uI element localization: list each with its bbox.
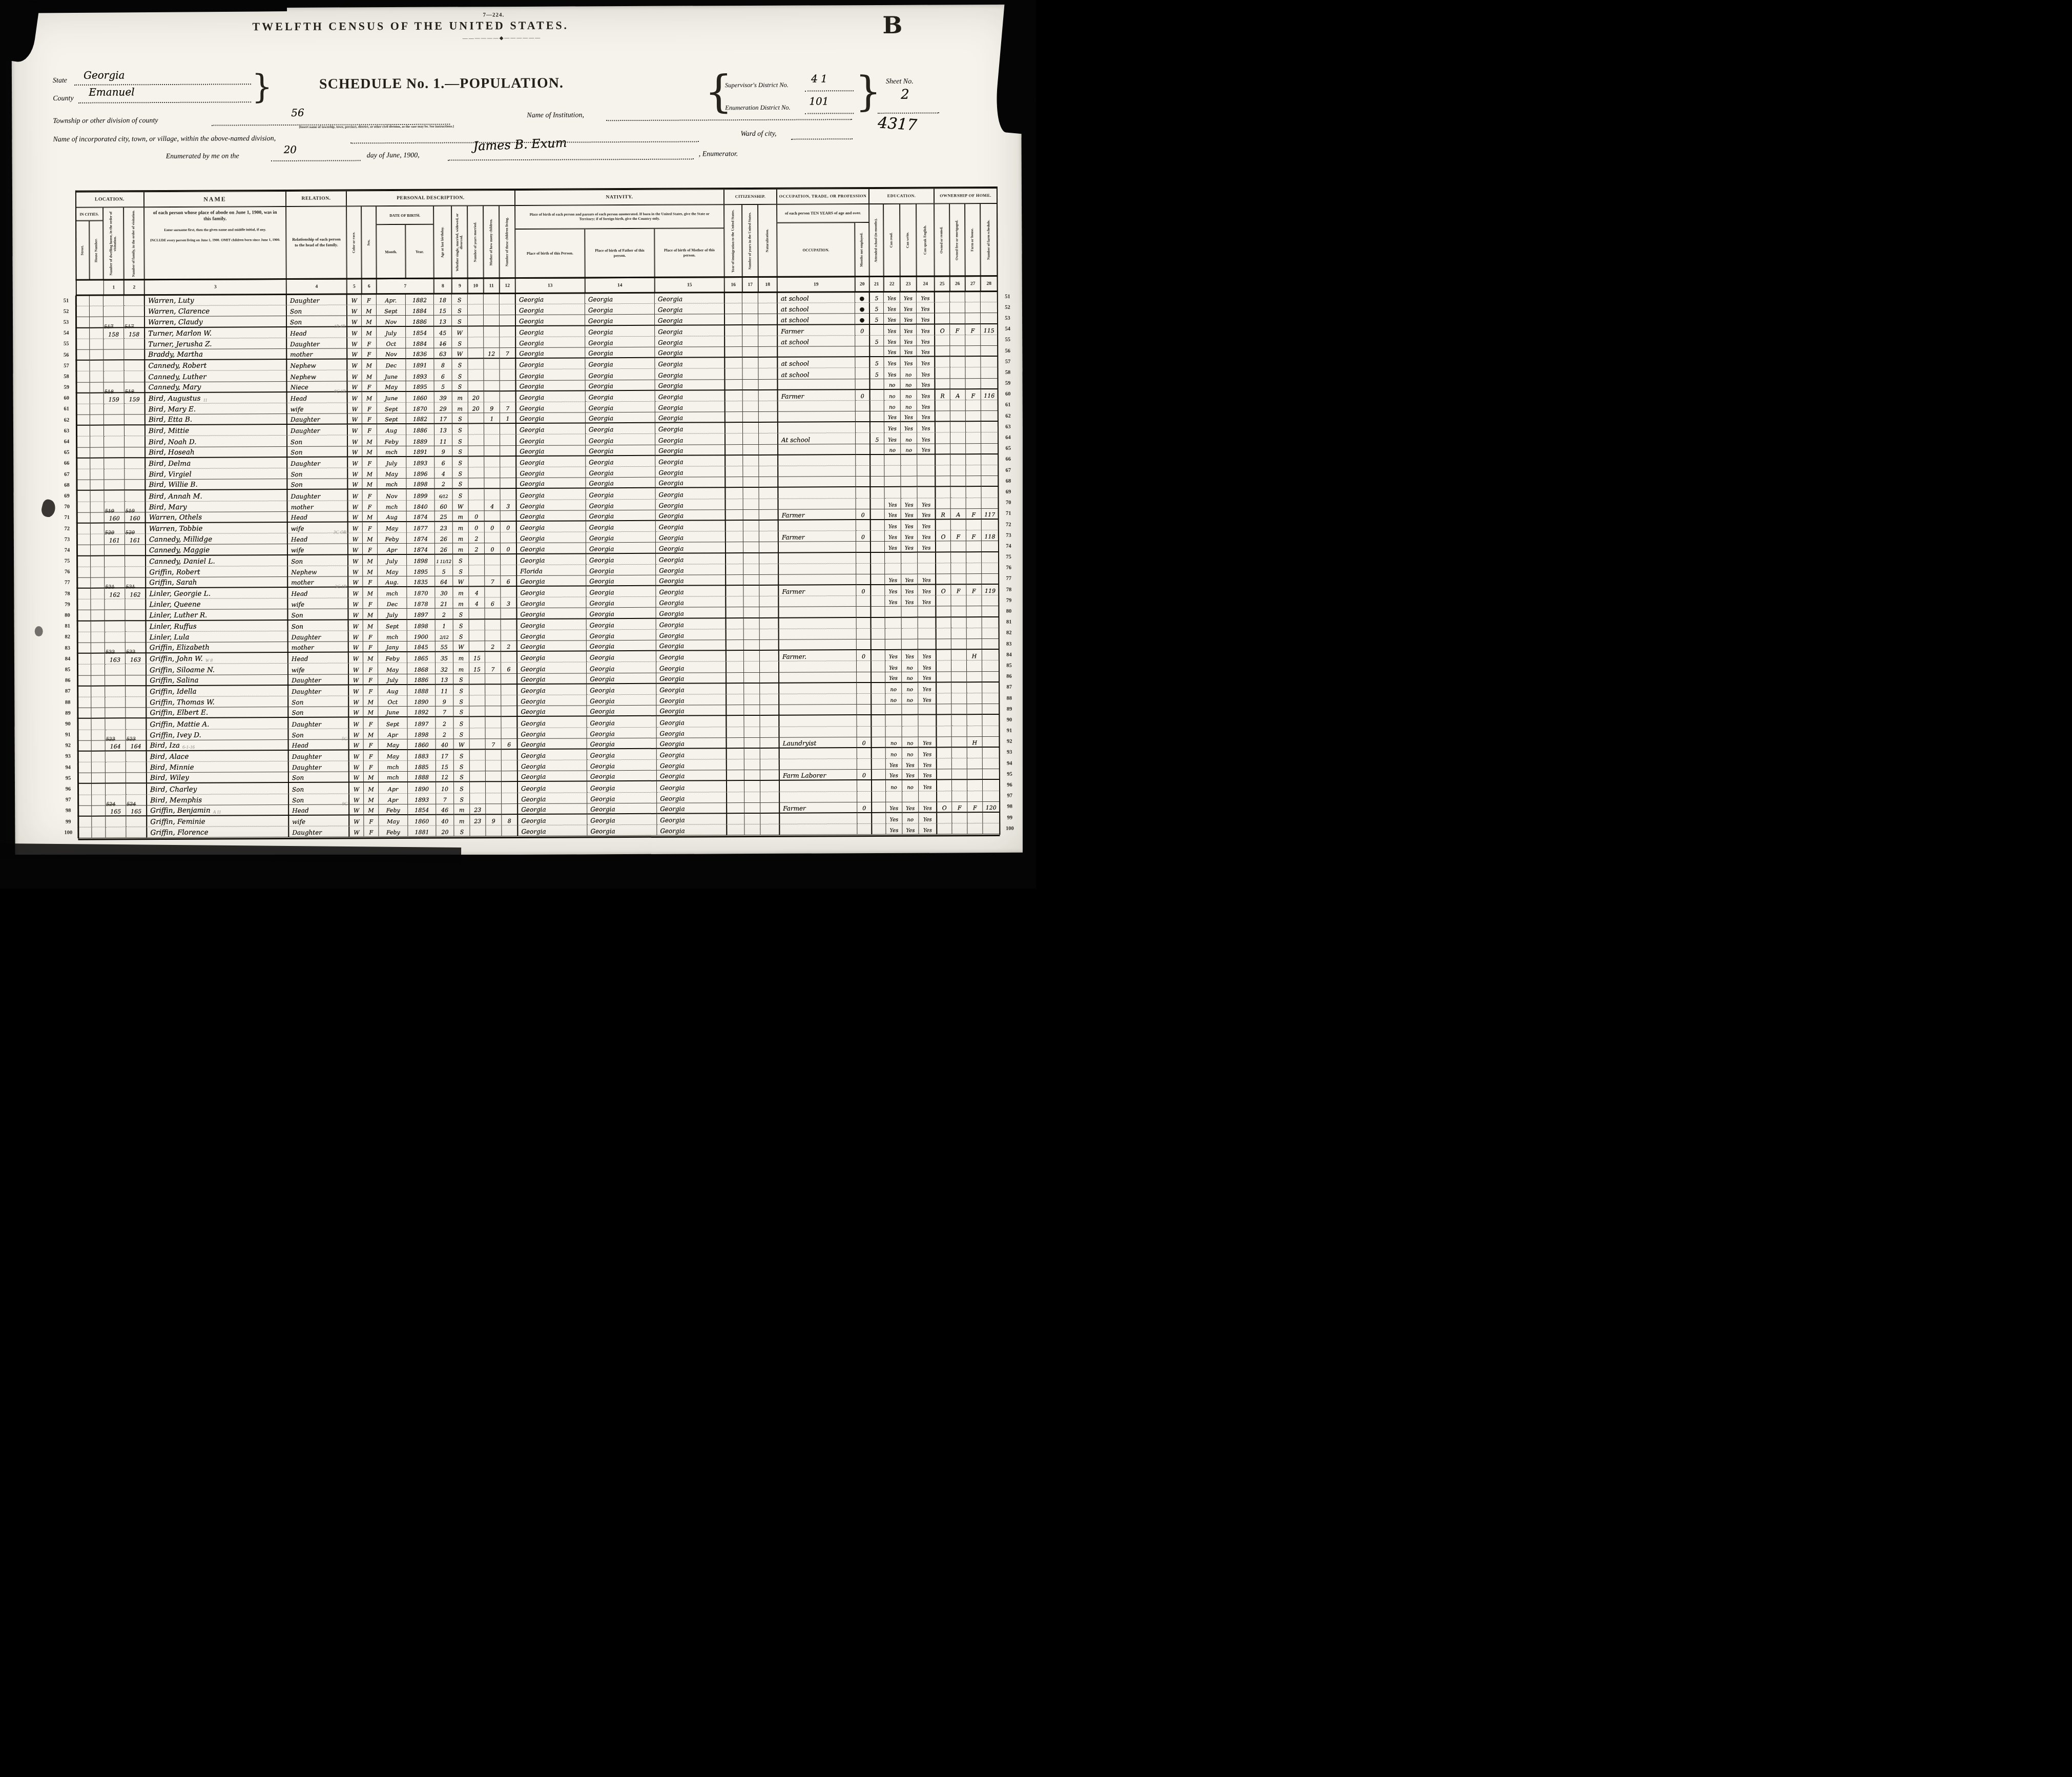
r73-living bbox=[501, 532, 516, 543]
r74-yrs_m: 2 bbox=[469, 544, 485, 554]
r99-write: no bbox=[902, 813, 919, 824]
r76-yrs_m bbox=[469, 565, 485, 576]
r94-pob_m-value: Georgia bbox=[660, 762, 685, 770]
r79-relation-value: wife bbox=[291, 601, 304, 608]
r51-english: Yes bbox=[917, 292, 935, 302]
r55-n-value: 55 bbox=[1005, 337, 1010, 343]
r63-n-value: 63 bbox=[64, 428, 70, 434]
r94-sex: F bbox=[364, 761, 379, 772]
r73-dw_old: 520 bbox=[105, 530, 114, 536]
r80-english bbox=[918, 607, 936, 617]
r73-relation: Head3C OR bbox=[287, 533, 348, 545]
r98-farm-value: F bbox=[973, 804, 977, 811]
r59-pob-value: Georgia bbox=[520, 382, 544, 389]
r63-read: Yes bbox=[884, 422, 901, 433]
r61-line-number-right: 61 bbox=[998, 400, 1018, 411]
r82-imm_years bbox=[744, 629, 760, 640]
r66-nat bbox=[759, 456, 778, 466]
header-colnum-14: 14 bbox=[585, 278, 655, 294]
r92-yrs_m bbox=[470, 739, 486, 750]
r72-b_month-value: May bbox=[386, 525, 398, 532]
r54-sex-value: M bbox=[366, 330, 371, 337]
r94-months_ne bbox=[857, 759, 872, 770]
r74-imm_year bbox=[725, 542, 743, 553]
r72-pob_f: Georgia bbox=[586, 521, 656, 532]
r79-imm_years bbox=[743, 596, 759, 607]
r100-age-value: 20 bbox=[441, 829, 448, 836]
r78-english-value: Yes bbox=[922, 589, 931, 595]
header-colnum-26: 26 bbox=[950, 276, 965, 292]
r55-occ: at school bbox=[777, 336, 855, 347]
r81-house bbox=[91, 621, 105, 632]
r63-imm_year bbox=[724, 423, 743, 433]
r62-house bbox=[90, 415, 104, 426]
r54-write-value: Yes bbox=[904, 328, 913, 334]
r90-color: W bbox=[348, 718, 363, 729]
r54-months_ne: 0 bbox=[855, 325, 869, 336]
r97-sex: M bbox=[364, 794, 379, 804]
r83-sched bbox=[982, 639, 999, 650]
r61-street bbox=[76, 404, 90, 415]
r54-yrs_m bbox=[468, 326, 484, 337]
r100-pob_f: Georgia bbox=[587, 825, 657, 836]
r93-dw bbox=[106, 751, 126, 762]
r98-read: Yes bbox=[886, 802, 902, 813]
r67-marital-value: S bbox=[459, 471, 463, 478]
r74-age-value: 26 bbox=[440, 546, 447, 553]
r72-relation-value: wife bbox=[291, 525, 304, 532]
r59-imm_years bbox=[743, 379, 759, 390]
r53-mother bbox=[484, 316, 500, 326]
r71-pob_f-value: Georgia bbox=[589, 512, 614, 520]
r73-pob_m: Georgia bbox=[656, 531, 726, 543]
r92-n-value: 92 bbox=[1007, 739, 1012, 745]
r64-n-value: 64 bbox=[64, 439, 70, 445]
r92-street bbox=[77, 740, 92, 751]
r79-occ bbox=[778, 596, 856, 607]
r71-read: Yes bbox=[885, 509, 901, 520]
r54-b_year-value: 1854 bbox=[412, 330, 427, 337]
r66-living bbox=[500, 457, 516, 467]
r53-read-value: Yes bbox=[887, 317, 896, 323]
r93-b_year-value: 1883 bbox=[415, 753, 429, 760]
r95-read-value: Yes bbox=[889, 773, 898, 779]
r70-pob_f-value: Georgia bbox=[589, 502, 614, 509]
r82-b_month: mch bbox=[378, 631, 407, 642]
r92-pob_f: Georgia bbox=[587, 738, 657, 750]
r98-name_annot: A 11 bbox=[213, 810, 221, 815]
r62-pob_f-value: Georgia bbox=[589, 415, 613, 422]
r59-b_month-value: May bbox=[385, 384, 398, 390]
r72-age-value: 23 bbox=[440, 525, 447, 532]
r80-marital: S bbox=[453, 609, 469, 619]
header-col-can-read-label: Can read. bbox=[889, 233, 894, 247]
r88-write: no bbox=[902, 694, 918, 705]
r63-marital: S bbox=[452, 424, 468, 435]
r52-pob: Georgia bbox=[515, 304, 585, 316]
r83-age: 55 bbox=[436, 642, 453, 652]
r80-pob_f-value: Georgia bbox=[590, 610, 614, 617]
r65-age-value: 9 bbox=[442, 448, 445, 455]
r93-school bbox=[871, 748, 886, 759]
r61-nat bbox=[759, 401, 778, 412]
r87-marital: S bbox=[453, 685, 469, 695]
r87-marital-value: S bbox=[459, 688, 463, 694]
r93-name: Bird, Alace bbox=[146, 751, 288, 762]
r93-name-value: Bird, Alace bbox=[150, 753, 189, 761]
r52-farm bbox=[965, 302, 981, 313]
r98-pob_f: Georgia bbox=[587, 803, 657, 815]
r60-street bbox=[76, 393, 90, 404]
r53-name-value: Warren, Claudy bbox=[148, 318, 203, 326]
r90-occ bbox=[778, 715, 857, 727]
r77-read: Yes bbox=[885, 574, 901, 585]
r52-imm_year bbox=[724, 303, 742, 314]
r51-pob_f-value: Georgia bbox=[588, 296, 613, 303]
header-colnum-11: 11 bbox=[484, 278, 500, 294]
r76-fam bbox=[125, 567, 146, 577]
r54-street bbox=[75, 328, 90, 339]
r63-owned bbox=[935, 422, 950, 433]
r82-fam bbox=[126, 632, 146, 643]
r63-sched bbox=[981, 422, 998, 432]
r95-pob_f-value: Georgia bbox=[590, 773, 615, 780]
r54-marital: W bbox=[452, 326, 468, 337]
r81-sex-value: M bbox=[367, 623, 373, 630]
r85-owned bbox=[936, 661, 951, 672]
r88-pob_f-value: Georgia bbox=[590, 697, 614, 705]
r75-pob_f: Georgia bbox=[586, 553, 656, 565]
r60-name_annot: 11 bbox=[203, 398, 207, 403]
r64-dw bbox=[104, 437, 125, 447]
r77-house bbox=[91, 577, 105, 588]
header-colnum-3: 3 bbox=[144, 279, 286, 295]
r53-b_month-value: Nov bbox=[385, 319, 397, 325]
r78-age-value: 30 bbox=[440, 590, 447, 597]
r66-school bbox=[869, 455, 884, 466]
r60-age: 39 bbox=[434, 391, 452, 402]
r81-n-value: 81 bbox=[65, 624, 70, 629]
r60-imm_year bbox=[724, 390, 743, 401]
r87-write-value: no bbox=[906, 687, 913, 693]
r78-occ-value: Farmer bbox=[782, 588, 805, 595]
r74-age: 26 bbox=[435, 544, 453, 554]
r64-months_ne bbox=[856, 433, 870, 444]
r65-imm_year bbox=[724, 445, 743, 456]
r97-pob_f-value: Georgia bbox=[590, 795, 615, 802]
r56-imm_year bbox=[724, 347, 742, 358]
r96-dw bbox=[106, 784, 126, 795]
r73-b_year: 1874 bbox=[407, 533, 435, 544]
r85-pob_m-value: Georgia bbox=[659, 665, 684, 672]
r51-farm bbox=[965, 292, 981, 302]
r98-yrs_m: 23 bbox=[470, 804, 486, 815]
r89-age-value: 7 bbox=[443, 709, 446, 716]
r71-write-value: Yes bbox=[905, 513, 914, 519]
r62-free bbox=[950, 411, 966, 422]
r98-pob_m: Georgia bbox=[657, 803, 727, 814]
r70-mother: 4 bbox=[485, 500, 501, 511]
r86-relation-value: Daughter bbox=[292, 676, 321, 684]
r75-farm bbox=[966, 552, 982, 563]
r74-mother: 0 bbox=[485, 543, 501, 554]
header-col-sex: Sex. bbox=[361, 206, 377, 279]
r76-relation-value: Nephew bbox=[291, 569, 317, 576]
r73-color: W bbox=[347, 533, 363, 544]
r93-living bbox=[502, 750, 517, 760]
r81-imm_year bbox=[726, 618, 744, 629]
r56-owned bbox=[934, 346, 950, 357]
r86-months_ne bbox=[857, 672, 871, 683]
r58-pob-value: Georgia bbox=[520, 372, 544, 379]
header-col-attended-school-label: Attended school (in months). bbox=[874, 218, 878, 262]
r54-sched-value: 115 bbox=[984, 327, 994, 334]
r61-mother: 9 bbox=[484, 402, 500, 413]
r62-mother: 1 bbox=[484, 413, 500, 424]
r78-imm_year bbox=[725, 586, 743, 596]
r93-nat bbox=[760, 749, 779, 759]
r74-sex-value: F bbox=[368, 547, 372, 553]
r54-pob-value: Georgia bbox=[519, 329, 544, 336]
r69-sex: F bbox=[362, 490, 377, 501]
r66-name-value: Bird, Delma bbox=[149, 460, 191, 468]
r58-mother bbox=[484, 369, 500, 380]
r55-read: Yes bbox=[884, 335, 900, 346]
r85-marital-value: m bbox=[459, 666, 464, 673]
r91-school bbox=[871, 726, 886, 737]
r78-occ: Farmer bbox=[778, 585, 856, 596]
r99-marital: m bbox=[454, 815, 470, 825]
r66-marital: S bbox=[452, 457, 468, 467]
header-col-can-speak: Can speak English. bbox=[916, 203, 935, 276]
r93-imm_years bbox=[744, 749, 760, 759]
r60-yrs_m-value: 20 bbox=[472, 395, 480, 401]
r85-nat bbox=[760, 662, 779, 672]
r97-name: Bird, Memphis bbox=[146, 794, 288, 805]
r89-fam bbox=[126, 708, 146, 718]
r51-fam bbox=[124, 295, 144, 306]
r88-color: W bbox=[348, 696, 363, 707]
r62-nat bbox=[759, 412, 778, 423]
r67-n-value: 67 bbox=[1006, 467, 1011, 473]
r91-imm_years bbox=[744, 727, 760, 737]
r75-pob-value: Georgia bbox=[520, 556, 545, 564]
r75-sex-value: M bbox=[367, 558, 372, 565]
r86-english: Yes bbox=[918, 672, 936, 683]
header-colnum-5: 5 bbox=[347, 279, 362, 294]
r100-line-number-left: 100 bbox=[58, 828, 78, 838]
r71-street bbox=[76, 512, 91, 523]
r55-nat bbox=[758, 336, 777, 347]
r85-house bbox=[91, 665, 105, 675]
r70-line-number-left: 70 bbox=[57, 502, 77, 512]
r85-color: W bbox=[348, 664, 363, 674]
r59-age: 5 bbox=[434, 381, 452, 391]
r81-owned bbox=[936, 617, 951, 628]
r52-months_ne: ● bbox=[855, 303, 869, 314]
r77-pob-value: Georgia bbox=[520, 578, 545, 585]
r66-dw bbox=[104, 458, 125, 469]
r71-living bbox=[501, 511, 516, 522]
r71-school bbox=[870, 509, 885, 520]
header-col-mother-of-label: Mother of how many children. bbox=[489, 219, 493, 265]
r96-mother bbox=[486, 782, 502, 793]
r76-owned bbox=[935, 563, 951, 574]
r89-yrs_m bbox=[469, 706, 485, 717]
r87-name-value: Griffin, Idella bbox=[150, 688, 196, 696]
r86-age: 13 bbox=[436, 674, 453, 685]
r75-line-number-right: 75 bbox=[999, 552, 1019, 563]
r84-name: Griffin, John W.W 8 bbox=[146, 653, 288, 664]
r88-fam bbox=[126, 697, 146, 708]
r90-pob_f-value: Georgia bbox=[590, 719, 614, 727]
r56-name-value: Braddy, Martha bbox=[148, 350, 203, 359]
r77-marital-value: W bbox=[458, 579, 464, 586]
r99-english: Yes bbox=[919, 813, 937, 823]
r85-street bbox=[77, 665, 91, 675]
r69-n-value: 69 bbox=[1006, 489, 1011, 495]
r68-age-value: 2 bbox=[442, 481, 445, 488]
r81-fam bbox=[126, 621, 146, 632]
r77-write-value: Yes bbox=[905, 578, 914, 584]
r63-b_month-value: Aug bbox=[386, 427, 397, 434]
r63-name: Bird, Mittie bbox=[144, 425, 287, 436]
r51-line-number-left: 51 bbox=[56, 296, 76, 306]
r66-read bbox=[884, 455, 901, 466]
r84-farm: H bbox=[967, 650, 982, 660]
r62-dw bbox=[104, 415, 125, 425]
header-colnum-4: 4 bbox=[286, 279, 347, 295]
r77-pob_m: Georgia bbox=[656, 575, 726, 586]
r54-free-value: F bbox=[956, 327, 960, 334]
r57-n-value: 57 bbox=[1005, 359, 1011, 365]
r53-write: Yes bbox=[900, 314, 917, 324]
r79-name: Linler, Queene bbox=[145, 598, 287, 610]
r83-school bbox=[871, 639, 885, 650]
r93-occ bbox=[779, 748, 857, 759]
r81-color: W bbox=[348, 620, 363, 631]
r100-nat bbox=[760, 824, 779, 835]
r88-owned bbox=[936, 693, 951, 704]
r84-dw: 522163 bbox=[105, 654, 126, 665]
r96-house bbox=[92, 784, 106, 795]
r62-relation-value: Daughter bbox=[291, 416, 320, 423]
r79-age-value: 21 bbox=[440, 601, 447, 608]
r81-name: Linler, Ruffus bbox=[146, 621, 288, 632]
r75-street bbox=[76, 556, 91, 567]
ink-smudge bbox=[35, 626, 43, 636]
r51-b_month: Apr. bbox=[377, 294, 406, 305]
r80-street bbox=[77, 610, 91, 621]
r90-n-value: 90 bbox=[1007, 717, 1012, 723]
r99-owned bbox=[936, 813, 952, 823]
r98-dw_old: 524 bbox=[106, 801, 115, 807]
r99-write-value: no bbox=[907, 817, 914, 823]
r83-read bbox=[885, 639, 902, 650]
r75-owned bbox=[935, 552, 951, 563]
r63-relation: Daughter bbox=[286, 425, 347, 436]
r72-sex: F bbox=[363, 522, 378, 533]
header-group-education: EDUCATION. bbox=[869, 188, 934, 204]
r69-b_month: Nov bbox=[377, 489, 406, 500]
r95-n-value: 95 bbox=[1007, 772, 1012, 777]
r83-occ bbox=[778, 639, 857, 651]
r70-color-value: W bbox=[352, 504, 358, 510]
r60-imm_years bbox=[743, 390, 759, 401]
r80-sex-value: M bbox=[367, 612, 373, 618]
r82-occ bbox=[778, 629, 857, 640]
r75-relation-value: Son bbox=[291, 558, 303, 565]
r93-house bbox=[92, 751, 106, 762]
r67-marital: S bbox=[452, 467, 468, 478]
r54-age-value: 45 bbox=[439, 329, 446, 336]
r51-relation: Daughter bbox=[286, 294, 347, 305]
r74-relation: wife bbox=[287, 544, 348, 555]
r85-n-value: 85 bbox=[65, 667, 71, 673]
r61-relation-value: wife bbox=[291, 406, 304, 413]
r63-line-number-left: 63 bbox=[57, 426, 76, 437]
form-number: 7—224. bbox=[483, 12, 504, 18]
r57-b_year: 1891 bbox=[406, 359, 434, 370]
r85-pob_f-value: Georgia bbox=[590, 665, 614, 672]
r65-nat bbox=[759, 444, 778, 455]
r57-nat bbox=[758, 358, 777, 368]
r91-pob_m: Georgia bbox=[657, 727, 727, 738]
r97-school bbox=[871, 791, 886, 802]
r63-nat bbox=[759, 423, 778, 433]
r87-owned bbox=[936, 683, 951, 693]
r72-free bbox=[951, 520, 966, 530]
state-label: State bbox=[53, 77, 67, 85]
r67-fam bbox=[125, 469, 145, 480]
r71-months_ne: 0 bbox=[856, 509, 871, 520]
r98-b_year-value: 1854 bbox=[415, 807, 429, 814]
r72-n-value: 72 bbox=[65, 526, 70, 531]
enum-district-label: Enumeration District No. bbox=[725, 104, 791, 112]
header-col-age-label: Age at last birthday. bbox=[441, 226, 445, 258]
r85-living-value: 6 bbox=[507, 666, 511, 673]
r87-n-value: 87 bbox=[1006, 685, 1012, 690]
r60-read: no bbox=[884, 389, 901, 400]
r78-months_ne: 0 bbox=[856, 585, 871, 596]
header-col-years-in-us: Number of years in the United States. bbox=[742, 204, 758, 277]
r62-write: Yes bbox=[901, 411, 917, 422]
r84-pob_m-value: Georgia bbox=[659, 654, 684, 661]
r74-color-value: W bbox=[353, 547, 358, 553]
r70-farm bbox=[966, 498, 982, 509]
r72-pob: Georgia bbox=[516, 521, 586, 532]
r76-english bbox=[918, 563, 936, 574]
r81-pob-value: Georgia bbox=[521, 622, 545, 629]
r100-school bbox=[871, 824, 886, 835]
r73-nat bbox=[759, 531, 778, 542]
r92-months_ne: 0 bbox=[857, 737, 872, 748]
r84-write: Yes bbox=[902, 650, 918, 661]
r92-color: W bbox=[348, 739, 364, 750]
r73-school bbox=[870, 531, 885, 542]
r94-n-value: 94 bbox=[66, 764, 71, 770]
r85-age-value: 32 bbox=[441, 666, 448, 673]
r86-free bbox=[951, 672, 967, 683]
r51-read-value: Yes bbox=[887, 296, 896, 302]
r81-age: 1 bbox=[436, 619, 453, 630]
r89-write bbox=[902, 705, 918, 715]
r63-age: 13 bbox=[434, 424, 452, 435]
header-col-age: Age at last birthday. bbox=[433, 206, 452, 279]
r75-color: W bbox=[347, 555, 363, 566]
r77-pob: Georgia bbox=[516, 575, 586, 587]
r91-relation: Son bbox=[288, 729, 349, 740]
